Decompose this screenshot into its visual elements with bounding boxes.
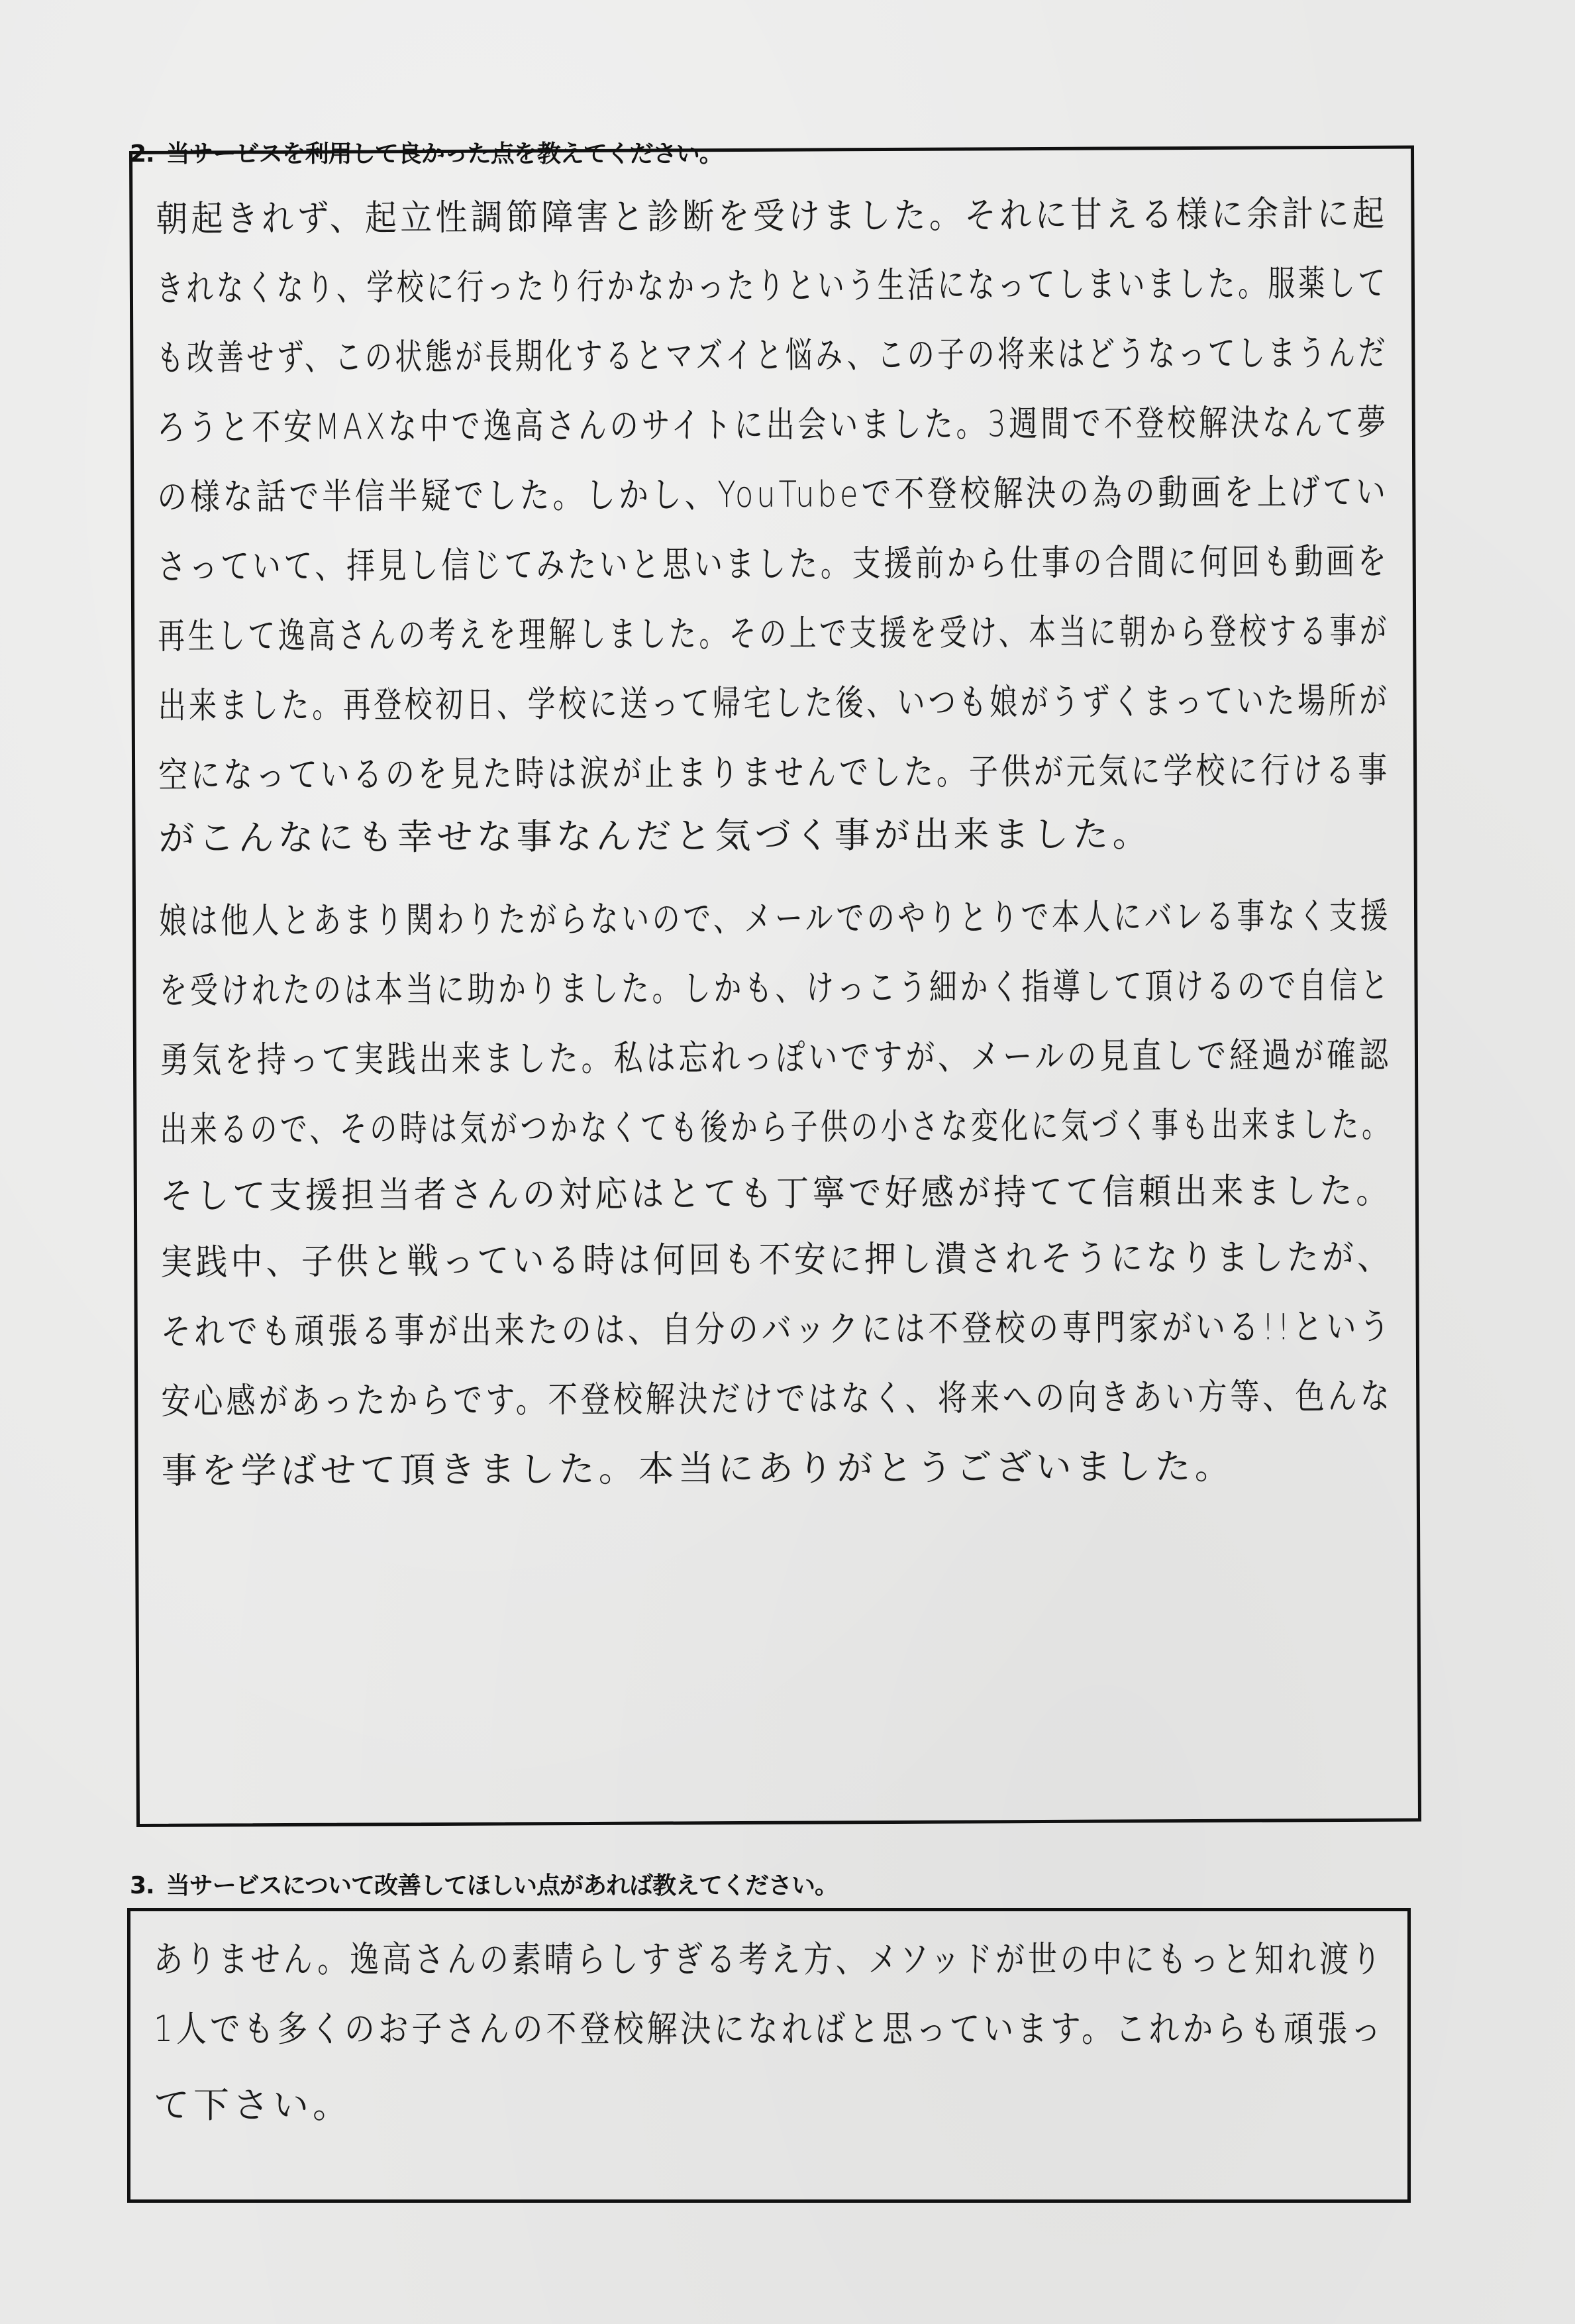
answer-line: きれなくなり、学校に行ったり行かなかったりという生活になってしまいました。服薬し… xyxy=(156,255,1388,311)
answer-line: 1人でも多くのお子さんの不登校解決になればと思っています。これからも頑張っ xyxy=(154,2001,1384,2052)
answer-line: を受けれたのは本当に助かりました。しかも、けっこう細かく指導して頂けるので自信と xyxy=(159,957,1391,1014)
answer-line: 空になっているのを見た時は涙が止まりませんでした。子供が元気に学校に行ける事 xyxy=(158,742,1390,798)
question-3-answer-box: ありません。逸高さんの素晴らしすぎる考え方、メソッドが世の中にもっと知れ渡り 1… xyxy=(127,1908,1411,2203)
answer-line: も改善せず、この状態が長期化するとマズイと悩み、この子の将来はどうなってしまうん… xyxy=(156,325,1388,381)
answer-line: 事を学ばせて頂きました。本当にありがとうございました。 xyxy=(162,1438,1235,1494)
answer-line: て下さい。 xyxy=(154,2077,352,2128)
answer-line: それでも頑張る事が出来たのは、自分のバックには不登校の専門家がいる!!という xyxy=(161,1298,1394,1355)
answer-line: がこんなにも幸せな事なんだと気づく事が出来ました。 xyxy=(158,806,1152,861)
answer-line: そして支援担当者さんの対応はとても丁寧で好感が持てて信頼出来ました。 xyxy=(160,1163,1392,1219)
question-3-title: 当サービスについて改善してほしい点があれば教えてください。 xyxy=(166,1872,838,1899)
answer-line: 出来ました。再登校初日、学校に送って帰宅した後、いつも娘がうずくまっていた場所が xyxy=(158,672,1390,729)
question-2-answer-box: 朝起きれず、起立性調節障害と診断を受けました。それに甘える様に余計に起 きれなく… xyxy=(129,146,1421,1827)
answer-line: ありません。逸高さんの素晴らしすぎる考え方、メソッドが世の中にもっと知れ渡り xyxy=(154,1931,1384,1982)
answer-line: 朝起きれず、起立性調節障害と診断を受けました。それに甘える様に余計に起 xyxy=(156,185,1388,242)
question-3-number: 3. xyxy=(130,1872,154,1899)
question-3-heading: 3.当サービスについて改善してほしい点があれば教えてください。 xyxy=(130,1867,838,1901)
answer-line: 安心感があったからです。不登校解決だけではなく、将来への向きあい方等、色んな xyxy=(161,1368,1393,1424)
answer-line: 実践中、子供と戦っている時は何回も不安に押し潰されそうになりましたが、 xyxy=(160,1229,1392,1285)
answer-line: 再生して逸高さんの考えを理解しました。その上で支援を受け、本当に朝から登校する事… xyxy=(158,603,1390,659)
answer-line: さっていて、拝見し信じてみたいと思いました。支援前から仕事の合間に何回も動画を xyxy=(158,533,1390,590)
answer-line: 娘は他人とあまり関わりたがらないので、メールでのやりとりで本人にバレる事なく支援 xyxy=(159,888,1391,944)
answer-line: 勇気を持って実践出来ました。私は忘れっぽいですが、メールの見直しで経過が確認 xyxy=(160,1027,1392,1083)
answer-line: の様な話で半信半疑でした。しかし、YouTubeで不登校解決の為の動画を上げてい xyxy=(157,464,1389,520)
answer-line: 出来るので、その時は気がつかなくても後から子供の小さな変化に気づく事も出来ました… xyxy=(160,1096,1392,1153)
answer-line: ろうと不安MAXな中で逸高さんのサイトに出会いました。3週間で不登校解決なんて夢 xyxy=(157,394,1389,450)
